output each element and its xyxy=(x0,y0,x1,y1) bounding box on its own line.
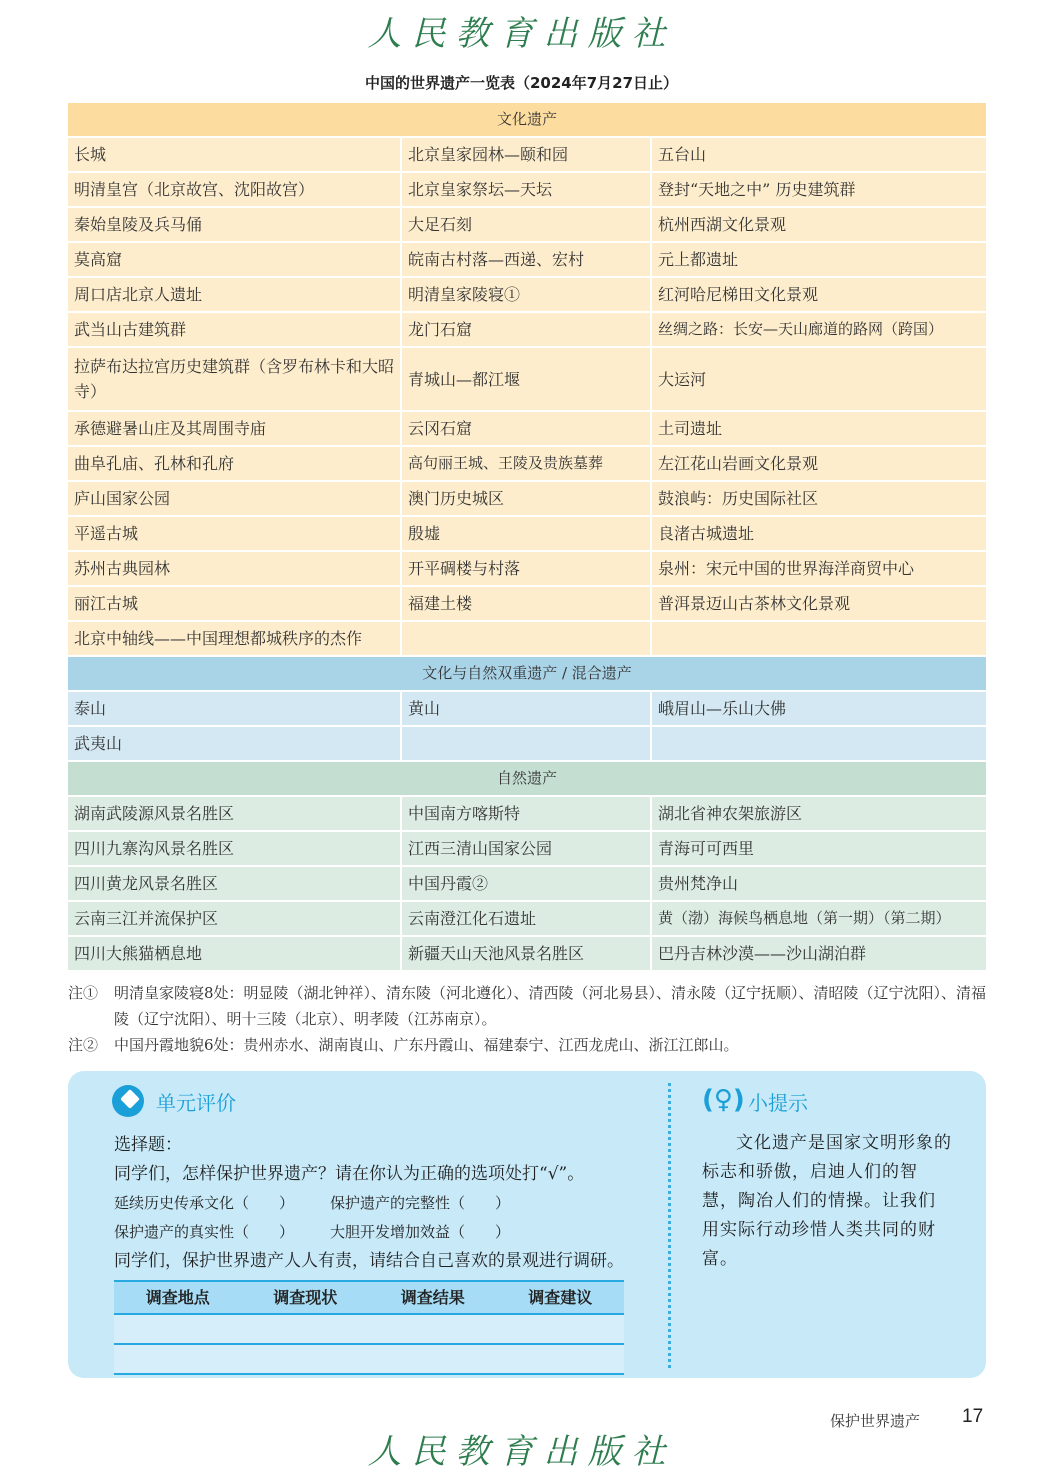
table-cell: 丝绸之路：长安—天山廊道的路网（跨国） xyxy=(652,313,986,348)
section-header-mixed: 文化与自然双重遗产 / 混合遗产 xyxy=(68,657,986,692)
table-row: 长城北京皇家园林—颐和园五台山 xyxy=(68,138,986,173)
table-cell: 红河哈尼梯田文化景观 xyxy=(652,278,986,313)
evaluation-title: 单元评价 xyxy=(156,1087,236,1116)
table-cell: 黄山 xyxy=(402,692,652,727)
table-cell: 湖北省神农架旅游区 xyxy=(652,797,986,832)
table-row: 武当山古建筑群龙门石窟丝绸之路：长安—天山廊道的路网（跨国） xyxy=(68,313,986,348)
table-row: 庐山国家公园澳门历史城区鼓浪屿：历史国际社区 xyxy=(68,482,986,517)
table-cell: 皖南古村落—西递、宏村 xyxy=(402,243,652,278)
publisher-logo: 人民教育出版社 xyxy=(0,6,1043,55)
survey-table: 调查地点 调查现状 调查结果 调查建议 xyxy=(114,1280,624,1375)
table-cell: 龙门石窟 xyxy=(402,313,652,348)
survey-cell[interactable] xyxy=(369,1314,497,1344)
table-cell: 北京皇家园林—颐和园 xyxy=(402,138,652,173)
table-row: 云南三江并流保护区云南澄江化石遗址黄（渤）海候鸟栖息地（第一期）（第二期） xyxy=(68,902,986,937)
survey-cell[interactable] xyxy=(242,1344,370,1374)
table-row: 明清皇宫（北京故宫、沈阳故宫）北京皇家祭坛—天坛登封“天地之中” 历史建筑群 xyxy=(68,173,986,208)
tip-title: 小提示 xyxy=(748,1087,808,1116)
table-cell: 登封“天地之中” 历史建筑群 xyxy=(652,173,986,208)
footnote-text: 中国丹霞地貌6处：贵州赤水、湖南崀山、广东丹霞山、福建泰宁、江西龙虎山、浙江江郎… xyxy=(114,1032,988,1058)
footnote-mark: 注① xyxy=(68,980,114,1032)
table-row: 四川黄龙风景名胜区中国丹霞②贵州梵净山 xyxy=(68,867,986,902)
table-row: 秦始皇陵及兵马俑大足石刻杭州西湖文化景观 xyxy=(68,208,986,243)
table-row: 四川九寨沟风景名胜区江西三清山国家公园青海可可西里 xyxy=(68,832,986,867)
table-cell: 四川黄龙风景名胜区 xyxy=(68,867,402,902)
survey-column-status: 调查现状 xyxy=(242,1281,370,1314)
table-cell: 良渚古城遗址 xyxy=(652,517,986,552)
table-cell: 莫高窟 xyxy=(68,243,402,278)
table-row: 莫高窟皖南古村落—西递、宏村元上都遗址 xyxy=(68,243,986,278)
table-cell: 明清皇家陵寝① xyxy=(402,278,652,313)
table-cell: 五台山 xyxy=(652,138,986,173)
table-cell: 四川大熊猫栖息地 xyxy=(68,937,402,972)
table-cell: 庐山国家公园 xyxy=(68,482,402,517)
table-cell: 中国丹霞② xyxy=(402,867,652,902)
natural-section: 自然遗产 湖南武陵源风景名胜区中国南方喀斯特湖北省神农架旅游区 四川九寨沟风景名… xyxy=(68,762,986,972)
table-cell: 元上都遗址 xyxy=(652,243,986,278)
table-title: 中国的世界遗产一览表（2024年7月27日止） xyxy=(0,72,1043,93)
option-continue-culture[interactable]: 延续历史传承文化（ ） xyxy=(114,1189,294,1218)
section-header-natural: 自然遗产 xyxy=(68,762,986,797)
table-row: 武夷山 xyxy=(68,727,986,762)
table-cell: 黄（渤）海候鸟栖息地（第一期）（第二期） xyxy=(652,902,986,937)
table-cell: 云南澄江化石遗址 xyxy=(402,902,652,937)
option-protect-integrity[interactable]: 保护遗产的完整性（ ） xyxy=(330,1189,510,1218)
table-cell: 殷墟 xyxy=(402,517,652,552)
table-cell: 北京皇家祭坛—天坛 xyxy=(402,173,652,208)
table-cell: 中国南方喀斯特 xyxy=(402,797,652,832)
footnotes: 注① 明清皇家陵寝8处：明显陵（湖北钟祥）、清东陵（河北遵化）、清西陵（河北易县… xyxy=(68,980,988,1058)
table-cell: 曲阜孔庙、孔林和孔府 xyxy=(68,447,402,482)
table-cell: 开平碉楼与村落 xyxy=(402,552,652,587)
table-cell: 泉州：宋元中国的世界海洋商贸中心 xyxy=(652,552,986,587)
survey-row xyxy=(114,1344,624,1374)
table-cell xyxy=(402,727,652,762)
evaluation-content: 选择题： 同学们，怎样保护世界遗产？请在你认为正确的选项处打“√”。 延续历史传… xyxy=(114,1131,654,1375)
table-cell: 周口店北京人遗址 xyxy=(68,278,402,313)
table-row: 四川大熊猫栖息地新疆天山天池风景名胜区巴丹吉林沙漠——沙山湖泊群 xyxy=(68,937,986,972)
survey-prompt: 同学们，保护世界遗产人人有责，请结合自己喜欢的景观进行调研。 xyxy=(114,1247,654,1276)
mixed-section: 文化与自然双重遗产 / 混合遗产 泰山黄山峨眉山—乐山大佛 武夷山 xyxy=(68,657,986,762)
table-row: 泰山黄山峨眉山—乐山大佛 xyxy=(68,692,986,727)
table-cell: 青海可可西里 xyxy=(652,832,986,867)
table-cell: 云冈石窟 xyxy=(402,412,652,447)
question-type: 选择题： xyxy=(114,1131,654,1160)
table-cell: 青城山—都江堰 xyxy=(402,348,652,412)
table-cell: 长城 xyxy=(68,138,402,173)
survey-column-result: 调查结果 xyxy=(369,1281,497,1314)
evaluation-icon xyxy=(112,1085,144,1117)
table-cell: 杭州西湖文化景观 xyxy=(652,208,986,243)
table-cell: 苏州古典园林 xyxy=(68,552,402,587)
table-cell: 北京中轴线——中国理想都城秩序的杰作 xyxy=(68,622,402,657)
lightbulb-tip-icon: (♀) xyxy=(702,1085,736,1117)
cultural-section: 文化遗产 长城北京皇家园林—颐和园五台山 明清皇宫（北京故宫、沈阳故宫）北京皇家… xyxy=(68,103,986,657)
table-row: 平遥古城殷墟良渚古城遗址 xyxy=(68,517,986,552)
survey-column-suggestion: 调查建议 xyxy=(497,1281,625,1314)
table-row: 曲阜孔庙、孔林和孔府高句丽王城、王陵及贵族墓葬左江花山岩画文化景观 xyxy=(68,447,986,482)
table-cell: 江西三清山国家公园 xyxy=(402,832,652,867)
publisher-logo-footer: 人民教育出版社 xyxy=(0,1424,1043,1473)
table-cell: 四川九寨沟风景名胜区 xyxy=(68,832,402,867)
table-cell: 武当山古建筑群 xyxy=(68,313,402,348)
table-cell: 新疆天山天池风景名胜区 xyxy=(402,937,652,972)
footnote-1: 注① 明清皇家陵寝8处：明显陵（湖北钟祥）、清东陵（河北遵化）、清西陵（河北易县… xyxy=(68,980,988,1032)
survey-cell[interactable] xyxy=(242,1314,370,1344)
table-cell: 福建土楼 xyxy=(402,587,652,622)
table-row: 丽江古城福建土楼普洱景迈山古茶林文化景观 xyxy=(68,587,986,622)
table-cell xyxy=(402,622,652,657)
footnote-2: 注② 中国丹霞地貌6处：贵州赤水、湖南崀山、广东丹霞山、福建泰宁、江西龙虎山、浙… xyxy=(68,1032,988,1058)
table-cell: 左江花山岩画文化景观 xyxy=(652,447,986,482)
table-cell: 泰山 xyxy=(68,692,402,727)
table-row: 周口店北京人遗址明清皇家陵寝①红河哈尼梯田文化景观 xyxy=(68,278,986,313)
table-cell: 丽江古城 xyxy=(68,587,402,622)
tip-heading: (♀) 小提示 xyxy=(702,1085,808,1117)
table-cell: 巴丹吉林沙漠——沙山湖泊群 xyxy=(652,937,986,972)
table-cell: 澳门历史城区 xyxy=(402,482,652,517)
table-cell: 平遥古城 xyxy=(68,517,402,552)
table-cell: 云南三江并流保护区 xyxy=(68,902,402,937)
table-row: 承德避暑山庄及其周围寺庙云冈石窟土司遗址 xyxy=(68,412,986,447)
table-row: 湖南武陵源风景名胜区中国南方喀斯特湖北省神农架旅游区 xyxy=(68,797,986,832)
table-row: 北京中轴线——中国理想都城秩序的杰作 xyxy=(68,622,986,657)
question-prompt: 同学们，怎样保护世界遗产？请在你认为正确的选项处打“√”。 xyxy=(114,1160,654,1189)
table-row: 拉萨布达拉宫历史建筑群（含罗布林卡和大昭寺）青城山—都江堰大运河 xyxy=(68,348,986,412)
footnote-mark: 注② xyxy=(68,1032,114,1058)
option-bold-development[interactable]: 大胆开发增加效益（ ） xyxy=(330,1218,510,1247)
option-row: 保护遗产的真实性（ ） 大胆开发增加效益（ ） xyxy=(114,1218,654,1247)
table-cell xyxy=(652,622,986,657)
survey-row xyxy=(114,1314,624,1344)
heritage-table: 文化遗产 长城北京皇家园林—颐和园五台山 明清皇宫（北京故宫、沈阳故宫）北京皇家… xyxy=(68,103,986,972)
table-cell: 武夷山 xyxy=(68,727,402,762)
survey-cell[interactable] xyxy=(114,1344,242,1374)
table-cell: 大足石刻 xyxy=(402,208,652,243)
dotted-divider xyxy=(668,1083,671,1368)
table-cell: 峨眉山—乐山大佛 xyxy=(652,692,986,727)
table-cell xyxy=(652,727,986,762)
table-cell: 承德避暑山庄及其周围寺庙 xyxy=(68,412,402,447)
table-cell: 大运河 xyxy=(652,348,986,412)
table-cell: 鼓浪屿：历史国际社区 xyxy=(652,482,986,517)
survey-column-location: 调查地点 xyxy=(114,1281,242,1314)
survey-cell[interactable] xyxy=(497,1344,625,1374)
table-cell: 土司遗址 xyxy=(652,412,986,447)
table-cell: 明清皇宫（北京故宫、沈阳故宫） xyxy=(68,173,402,208)
table-cell: 普洱景迈山古茶林文化景观 xyxy=(652,587,986,622)
option-protect-authenticity[interactable]: 保护遗产的真实性（ ） xyxy=(114,1218,294,1247)
survey-cell[interactable] xyxy=(114,1314,242,1344)
table-cell: 拉萨布达拉宫历史建筑群（含罗布林卡和大昭寺） xyxy=(68,348,402,412)
tip-text: 文化遗产是国家文明形象的标志和骄傲，启迪人们的智慧，陶冶人们的情操。让我们用实际… xyxy=(702,1129,952,1274)
table-cell: 湖南武陵源风景名胜区 xyxy=(68,797,402,832)
table-row: 苏州古典园林开平碉楼与村落泉州：宋元中国的世界海洋商贸中心 xyxy=(68,552,986,587)
evaluation-heading: 单元评价 xyxy=(112,1085,236,1117)
table-cell: 秦始皇陵及兵马俑 xyxy=(68,208,402,243)
footnote-text: 明清皇家陵寝8处：明显陵（湖北钟祥）、清东陵（河北遵化）、清西陵（河北易县）、清… xyxy=(114,980,988,1032)
section-header-cultural: 文化遗产 xyxy=(68,103,986,138)
option-row: 延续历史传承文化（ ） 保护遗产的完整性（ ） xyxy=(114,1189,654,1218)
table-cell: 高句丽王城、王陵及贵族墓葬 xyxy=(402,447,652,482)
survey-cell[interactable] xyxy=(369,1344,497,1374)
survey-cell[interactable] xyxy=(497,1314,625,1344)
evaluation-panel: 单元评价 选择题： 同学们，怎样保护世界遗产？请在你认为正确的选项处打“√”。 … xyxy=(68,1071,986,1378)
table-cell: 贵州梵净山 xyxy=(652,867,986,902)
